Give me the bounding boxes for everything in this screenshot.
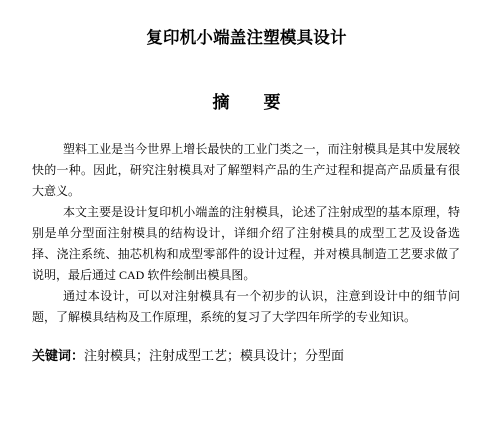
abstract-paragraph-3: 通过本设计，可以对注射模具有一个初步的认识，注意到设计中的细节问题，了解模具结构… bbox=[32, 286, 460, 328]
keywords-line: 关键词：注射模具；注射成型工艺；模具设计；分型面 bbox=[32, 345, 460, 366]
abstract-paragraph-1: 塑料工业是当今世界上增长最快的工业门类之一，而注射模具是其中发展较快的一种。因此… bbox=[32, 139, 460, 202]
document-title: 复印机小端盖注塑模具设计 bbox=[0, 27, 493, 49]
abstract-body: 塑料工业是当今世界上增长最快的工业门类之一，而注射模具是其中发展较快的一种。因此… bbox=[32, 139, 460, 366]
abstract-paragraph-2: 本文主要是设计复印机小端盖的注射模具，论述了注射成型的基本原理，特别是单分型面注… bbox=[32, 202, 460, 286]
keywords-text: 注射模具；注射成型工艺；模具设计；分型面 bbox=[84, 348, 344, 363]
abstract-heading: 摘 要 bbox=[0, 91, 493, 115]
keywords-label: 关键词： bbox=[32, 348, 84, 363]
document-page: 复印机小端盖注塑模具设计 摘 要 塑料工业是当今世界上增长最快的工业门类之一，而… bbox=[0, 0, 493, 421]
